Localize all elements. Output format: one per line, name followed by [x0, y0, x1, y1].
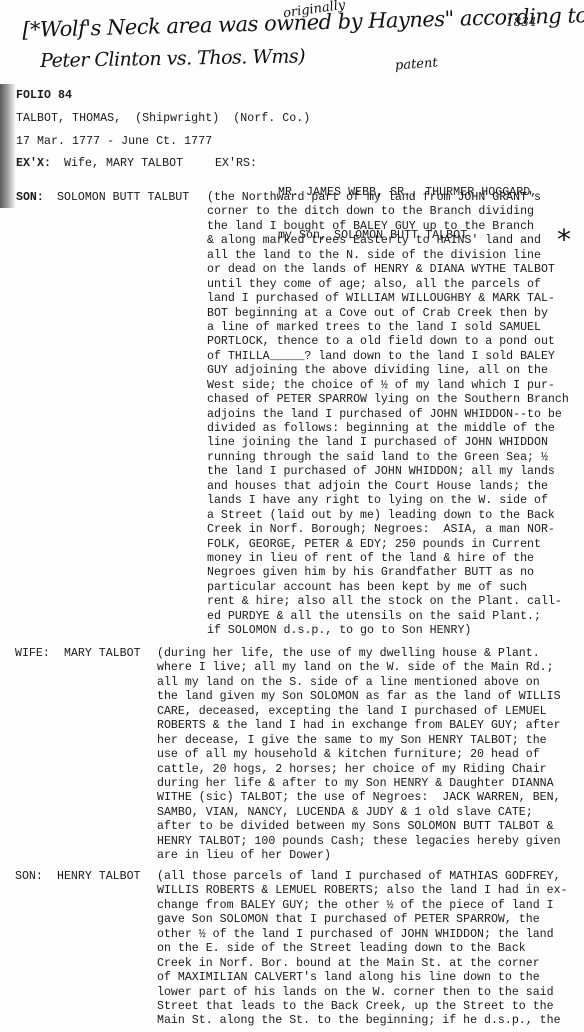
text-line: ROBERTS & the land I had in exchange fro…	[157, 719, 561, 733]
folio-number: FOLIO 84	[16, 89, 72, 103]
text-line: BOT beginning at a Cove out of Crab Cree…	[207, 307, 569, 321]
text-line: West side; the choice of ½ of my land wh…	[207, 379, 569, 393]
text-line: ed PURDYE & all the utensils on the said…	[207, 610, 569, 624]
text-line: other ½ of the land I purchased of JOHN …	[157, 928, 568, 942]
bequest-text: (all those parcels of land I purchased o…	[157, 870, 568, 1029]
text-line: PORTLOCK, thence to a old field down to …	[207, 335, 569, 349]
executrix-label: EX'X:	[16, 157, 51, 171]
text-line: the land I bought of BALEY GUY up to the…	[207, 220, 569, 234]
text-line: FOLK, GEORGE, PETER & EDY; 250 pounds in…	[207, 538, 569, 552]
text-line: particular account has been kept by me o…	[207, 581, 569, 595]
text-line: corner to the ditch down to the Branch d…	[207, 205, 569, 219]
text-line: Main St. along the St. to the beginning;…	[157, 1014, 568, 1028]
text-line: SAMBO, VIAN, NANCY, LUCENDA & JUDY & 1 o…	[157, 806, 561, 820]
document-page: [*Wolf's Neck area was owned by Haynes" …	[0, 0, 584, 1032]
text-line: her decease, I give the same to my Son H…	[157, 734, 561, 748]
bequest-text: (the Northward part of my land from JOHN…	[207, 191, 569, 639]
executrix-name: Wife, MARY TALBOT	[64, 157, 183, 171]
bequest-relation: SON:	[15, 870, 43, 884]
text-line: adjoins the land I purchased of JOHN WHI…	[207, 408, 569, 422]
text-line: where I live; all my land on the W. side…	[157, 661, 561, 675]
handwritten-annotation-line-2: Peter Clinton vs. Thos. Wms)	[40, 45, 305, 72]
text-line: gave Son SOLOMON that I purchased of PET…	[157, 913, 568, 927]
text-line: cattle, 20 hogs, 2 horses; her choice of…	[157, 763, 561, 777]
bequest-text: (during her life, the use of my dwelling…	[157, 647, 561, 864]
text-line: the land given my Son SOLOMON as far as …	[157, 690, 561, 704]
bequest-relation: SON:	[16, 191, 44, 205]
text-line: all my land on the S. side of a line men…	[157, 676, 561, 690]
text-line: (all those parcels of land I purchased o…	[157, 870, 568, 884]
handwritten-insert-year: 1834	[506, 15, 537, 29]
text-line: of THILLA_____? land down to the land I …	[207, 350, 569, 364]
bequest-beneficiary: HENRY TALBOT	[57, 870, 141, 884]
text-line: a line of marked trees to the land I sol…	[207, 321, 569, 335]
testator-name: TALBOT, THOMAS, (Shipwright) (Norf. Co.)	[16, 112, 310, 126]
bequest-beneficiary: MARY TALBOT	[64, 647, 141, 661]
text-line: (the Northward part of my land from JOHN…	[207, 191, 569, 205]
handwritten-insert-patent: patent	[395, 56, 439, 74]
text-line: & along marked trees Easterly to HAINS' …	[207, 234, 569, 248]
text-line: lands I have any right to lying on the W…	[207, 494, 569, 508]
text-line: use of all my household & kitchen furnit…	[157, 748, 561, 762]
text-line: WITHE (sic) TALBOT; the use of Negroes: …	[157, 791, 561, 805]
text-line: and houses that adjoin the Court House l…	[207, 480, 569, 494]
text-line: divided as follows: beginning at the mid…	[207, 422, 569, 436]
text-line: after to be divided between my Sons SOLO…	[157, 820, 561, 834]
text-line: land I purchased of WILLIAM WILLOUGHBY &…	[207, 292, 569, 306]
bequest-relation: WIFE:	[15, 647, 50, 661]
text-line: HENRY TALBOT; 100 pounds Cash; these leg…	[157, 835, 561, 849]
text-line: money in lieu of rent of the land & hire…	[207, 552, 569, 566]
text-line: Negroes given him by his Grandfather BUT…	[207, 566, 569, 580]
text-line: rent & hire; also all the stock on the P…	[207, 595, 569, 609]
text-line: Creek in Norf. Borough; Negroes: ASIA, a…	[207, 523, 569, 537]
text-line: WILLIS ROBERTS & LEMUEL ROBERTS; also th…	[157, 884, 568, 898]
text-line: Creek in Norf. Bor. bound at the Main St…	[157, 957, 568, 971]
bequest-beneficiary: SOLOMON BUTT TALBUT	[57, 191, 189, 205]
text-line: the land I purchased of JOHN WHIDDON; al…	[207, 465, 569, 479]
executors-label: EX'RS:	[215, 157, 257, 171]
text-line: of MAXIMILIAN CALVERT's land along his l…	[157, 971, 568, 985]
text-line: change from BALEY GUY; the other ½ of th…	[157, 899, 568, 913]
text-line: all the land to the N. side of the divis…	[207, 249, 569, 263]
text-line: running through the said land to the Gre…	[207, 451, 569, 465]
text-line: on the E. side of the Street leading dow…	[157, 942, 568, 956]
text-line: CARE, deceased, excepting the land I pur…	[157, 705, 561, 719]
text-line: are in lieu of her Dower)	[157, 849, 561, 863]
scan-edge-shadow	[0, 84, 16, 208]
text-line: during her life & after to my Son HENRY …	[157, 777, 561, 791]
text-line: until they come of age; also, all the pa…	[207, 278, 569, 292]
text-line: or dead on the lands of HENRY & DIANA WY…	[207, 263, 569, 277]
text-line: if SOLOMON d.s.p., to go to Son HENRY)	[207, 624, 569, 638]
will-dates: 17 Mar. 1777 - June Ct. 1777	[16, 135, 212, 149]
text-line: lower part of his lands on the W. corner…	[157, 986, 568, 1000]
text-line: line joining the land I purchased of JOH…	[207, 436, 569, 450]
text-line: GUY adjoining the above dividing line, a…	[207, 364, 569, 378]
text-line: Street that leads to the Back Creek, up …	[157, 1000, 568, 1014]
text-line: a Street (laid out by me) leading down t…	[207, 509, 569, 523]
text-line: (during her life, the use of my dwelling…	[157, 647, 561, 661]
text-line: chased of PETER SPARROW lying on the Sou…	[207, 393, 569, 407]
